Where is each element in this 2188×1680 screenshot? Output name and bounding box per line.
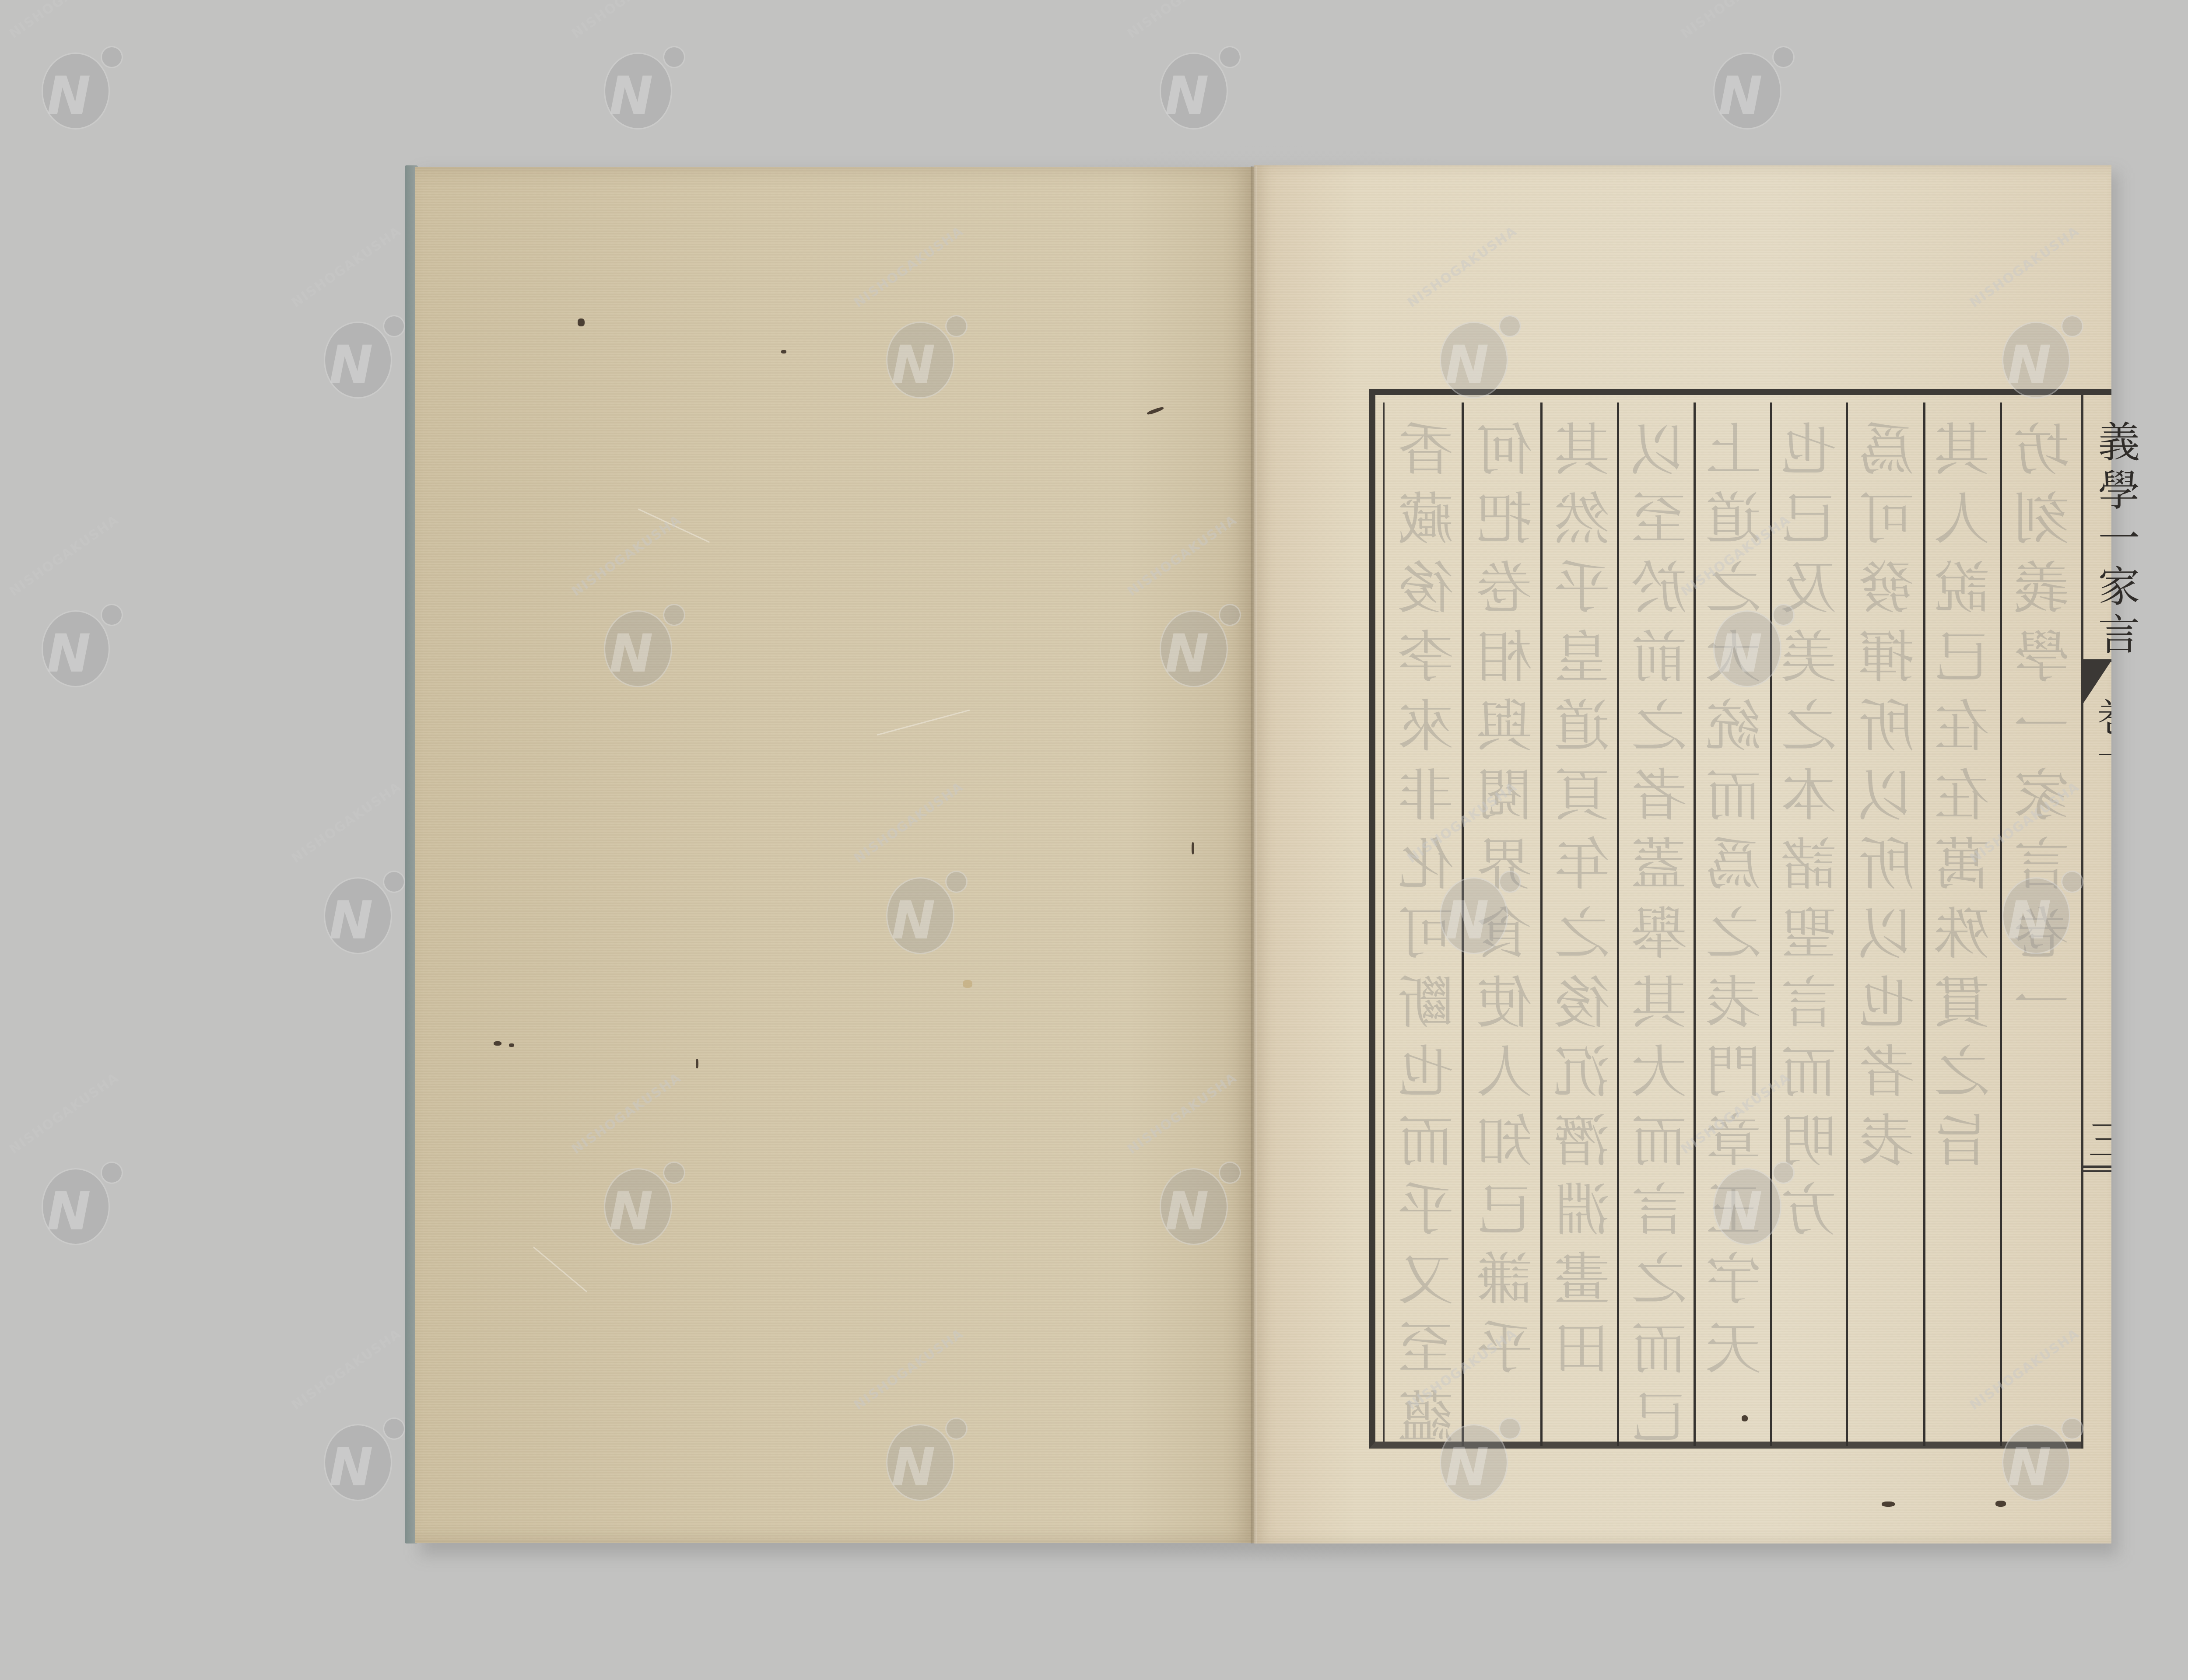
nishogakusha-watermark-icon: NNISHOGAKUSHA — [582, 580, 687, 685]
hanshin-page-number-text: 三 — [2088, 1107, 2111, 1164]
watermark-dot — [101, 1162, 123, 1184]
fish-tail-bottom-line — [2082, 1165, 2111, 1168]
watermark-text: NISHOGAKUSHA — [289, 224, 404, 311]
nishogakusha-watermark-icon: NNISHOGAKUSHA — [302, 847, 407, 952]
watermark-dot — [383, 1417, 405, 1440]
nishogakusha-watermark-icon: NNISHOGAKUSHA — [1418, 847, 1523, 952]
watermark-dot — [2061, 1417, 2083, 1440]
hanshin-top-border — [2081, 389, 2111, 395]
hanshin-volume-text: 巻一 — [2087, 696, 2111, 776]
nishogakusha-watermark-icon: NNISHOGAKUSHA — [1138, 22, 1243, 127]
watermark-dot — [1772, 1162, 1795, 1184]
watermark-text: NISHOGAKUSHA — [1678, 0, 1794, 42]
watermark-glyph: N — [891, 339, 935, 392]
watermark-dot — [1499, 1417, 1521, 1440]
watermark-glyph: N — [1165, 628, 1209, 680]
watermark-glyph: N — [1445, 895, 1489, 947]
nishogakusha-watermark-icon: NNISHOGAKUSHA — [864, 291, 969, 396]
nishogakusha-watermark-icon: NNISHOGAKUSHA — [864, 1393, 969, 1498]
watermark-dot — [101, 604, 123, 626]
nishogakusha-watermark-icon: NNISHOGAKUSHA — [582, 1137, 687, 1242]
paper-speck — [509, 1043, 514, 1047]
watermark-text: NISHOGAKUSHA — [1125, 0, 1240, 42]
watermark-text: NISHOGAKUSHA — [289, 779, 404, 866]
watermark-dot — [663, 46, 685, 68]
watermark-glyph: N — [1445, 339, 1489, 392]
hanshin-book-title: 義學一家言 — [2083, 420, 2140, 665]
watermark-dot — [663, 604, 685, 626]
paper-speck — [1995, 1501, 2006, 1507]
nishogakusha-watermark-icon: NNISHOGAKUSHA — [1691, 580, 1796, 685]
watermark-glyph: N — [47, 1186, 91, 1238]
watermark-dot — [1772, 46, 1795, 68]
watermark-dot — [945, 1417, 968, 1440]
watermark-dot — [1499, 871, 1521, 893]
watermark-glyph: N — [1718, 70, 1762, 122]
frame-inner-line — [1383, 402, 1385, 1442]
nishogakusha-watermark-icon: NNISHOGAKUSHA — [1980, 847, 2085, 952]
watermark-glyph: N — [2007, 1442, 2051, 1494]
nishogakusha-watermark-icon: NNISHOGAKUSHA — [1691, 22, 1796, 127]
watermark-glyph: N — [891, 1442, 935, 1494]
column-ruling-line — [1923, 402, 1925, 1446]
nishogakusha-watermark-icon: NNISHOGAKUSHA — [20, 580, 125, 685]
watermark-glyph: N — [609, 628, 653, 680]
paper-speck — [1192, 842, 1194, 854]
watermark-dot — [663, 1162, 685, 1184]
watermark-glyph: N — [329, 339, 373, 392]
watermark-dot — [383, 871, 405, 893]
watermark-dot — [383, 315, 405, 337]
nishogakusha-watermark-icon: NNISHOGAKUSHA — [1138, 580, 1243, 685]
nishogakusha-watermark-icon: NNISHOGAKUSHA — [20, 1137, 125, 1242]
column-ruling-line — [1846, 402, 1848, 1446]
paper-speck — [1882, 1501, 1895, 1507]
hanshin-volume: 巻一 — [2083, 696, 2111, 801]
hanshin-title-text: 義學一家言 — [2087, 420, 2140, 661]
column-ruling-line — [1540, 402, 1543, 1446]
watermark-glyph: N — [891, 895, 935, 947]
column-ruling-line — [1617, 402, 1619, 1446]
nishogakusha-watermark-icon: NNISHOGAKUSHA — [1418, 291, 1523, 396]
watermark-glyph: N — [2007, 339, 2051, 392]
watermark-dot — [2061, 871, 2083, 893]
watermark-dot — [1499, 315, 1521, 337]
watermark-glyph: N — [47, 628, 91, 680]
watermark-dot — [1219, 46, 1241, 68]
nishogakusha-watermark-icon: NNISHOGAKUSHA — [864, 847, 969, 952]
watermark-glyph: N — [329, 1442, 373, 1494]
paper-speck — [781, 350, 786, 353]
watermark-text: NISHOGAKUSHA — [7, 0, 122, 42]
nishogakusha-watermark-icon: NNISHOGAKUSHA — [1980, 291, 2085, 396]
watermark-glyph: N — [609, 1186, 653, 1238]
nishogakusha-watermark-icon: NNISHOGAKUSHA — [1138, 1137, 1243, 1242]
watermark-text: NISHOGAKUSHA — [7, 1070, 122, 1157]
nishogakusha-watermark-icon: NNISHOGAKUSHA — [1691, 1137, 1796, 1242]
watermark-dot — [945, 315, 968, 337]
watermark-text: NISHOGAKUSHA — [569, 0, 684, 42]
nishogakusha-watermark-icon: NNISHOGAKUSHA — [582, 22, 687, 127]
watermark-text: NISHOGAKUSHA — [289, 1326, 404, 1413]
book-gutter — [1251, 166, 1257, 1543]
watermark-glyph: N — [2007, 895, 2051, 947]
watermark-glyph: N — [609, 70, 653, 122]
nishogakusha-watermark-icon: NNISHOGAKUSHA — [302, 1393, 407, 1498]
column-ruling-line — [1694, 402, 1696, 1446]
watermark-dot — [2061, 315, 2083, 337]
watermark-text: NISHOGAKUSHA — [7, 512, 122, 599]
watermark-glyph: N — [1718, 628, 1762, 680]
watermark-dot — [1772, 604, 1795, 626]
watermark-glyph: N — [1718, 1186, 1762, 1238]
paper-speck — [494, 1041, 501, 1046]
left-page-endpaper — [415, 167, 1254, 1543]
hanshin-page-number: 三 — [2083, 1107, 2111, 1164]
watermark-dot — [945, 871, 968, 893]
watermark-dot — [101, 46, 123, 68]
paper-speck — [578, 318, 585, 326]
watermark-glyph: N — [1445, 1442, 1489, 1494]
watermark-glyph: N — [329, 895, 373, 947]
watermark-dot — [1219, 1162, 1241, 1184]
watermark-glyph: N — [1165, 1186, 1209, 1238]
paper-stain — [963, 980, 972, 988]
nishogakusha-watermark-icon: NNISHOGAKUSHA — [20, 22, 125, 127]
nishogakusha-watermark-icon: NNISHOGAKUSHA — [302, 291, 407, 396]
fish-tail-bottom-line — [2082, 1170, 2111, 1172]
paper-speck — [696, 1059, 698, 1068]
watermark-glyph: N — [47, 70, 91, 122]
watermark-dot — [1219, 604, 1241, 626]
nishogakusha-watermark-icon: NNISHOGAKUSHA — [1980, 1393, 2085, 1498]
nishogakusha-watermark-icon: NNISHOGAKUSHA — [1418, 1393, 1523, 1498]
column-ruling-line — [1770, 402, 1772, 1446]
watermark-glyph: N — [1165, 70, 1209, 122]
